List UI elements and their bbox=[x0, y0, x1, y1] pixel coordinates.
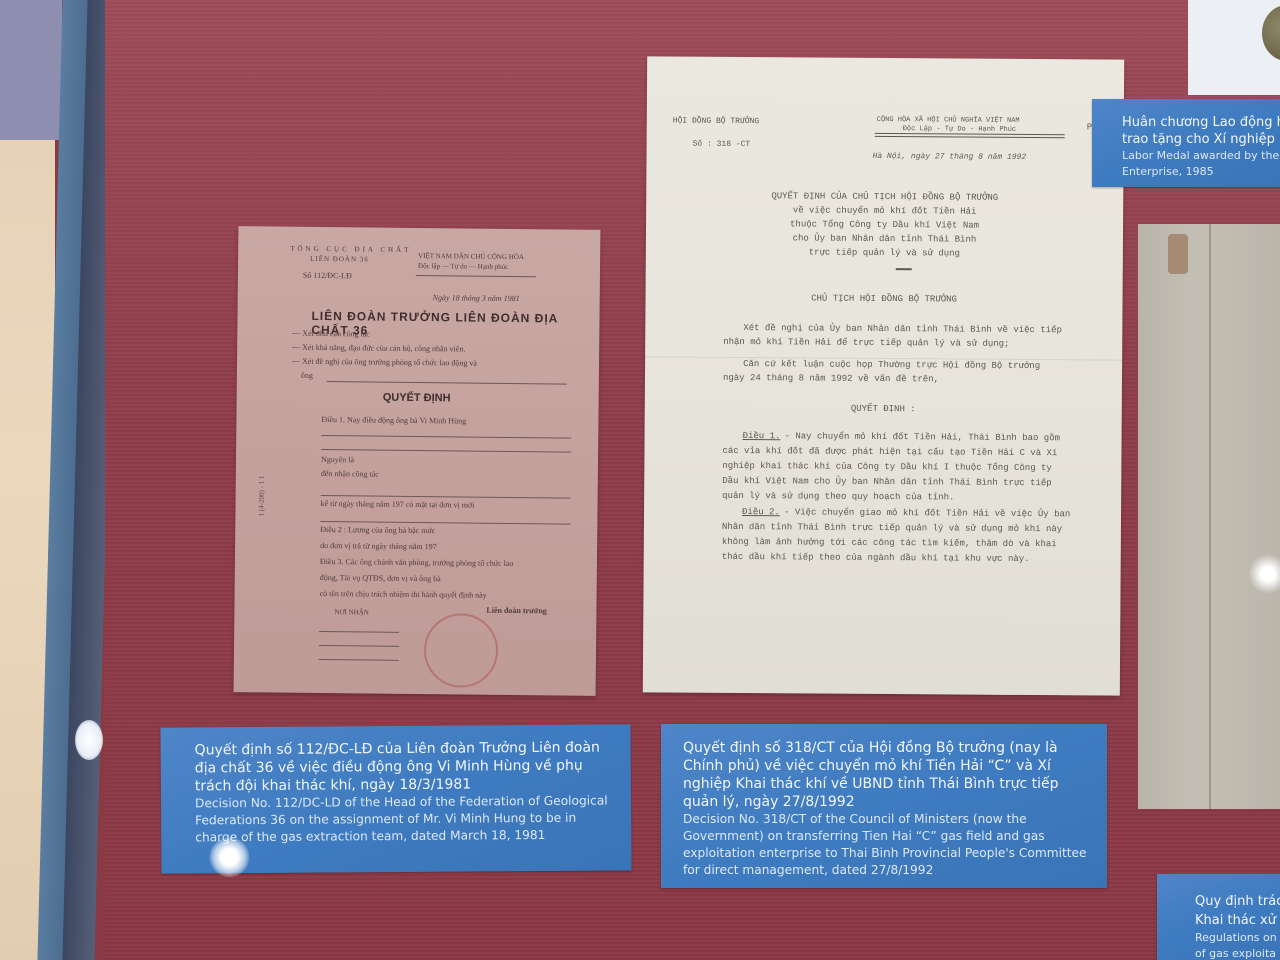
doc1-bullet: — Xét đề nghị của ông trưởng phòng tổ ch… bbox=[292, 357, 477, 368]
doc2-article1: - Nay chuyển mỏ khí đốt Tiền Hải, Thái B… bbox=[785, 431, 1061, 443]
doc1-signer-title: Liên đoàn trưởng bbox=[486, 606, 546, 616]
placard-vietnamese-text: Quy định trác bbox=[1195, 892, 1280, 911]
placard-english-text: Enterprise, 1985 bbox=[1122, 164, 1280, 180]
red-seal-stamp bbox=[424, 613, 499, 688]
doc2-consideration: Xét đề nghị của Ủy ban Nhân dân tỉnh Thá… bbox=[743, 323, 1062, 335]
doc2-title: thuộc Tổng Công ty Dầu khí Việt Nam bbox=[790, 219, 979, 230]
doc1-bullet: ông bbox=[301, 371, 313, 380]
doc1-bullet: — Xét khả năng, đạo đức của cán bộ, công… bbox=[292, 343, 465, 354]
placard-labor-medal: Huân chương Lao động ha trao tặng cho Xí… bbox=[1092, 99, 1280, 187]
wall-background bbox=[0, 0, 62, 140]
doc2-article2-label: Điều 2. bbox=[742, 507, 780, 517]
placard-vietnamese-text: Quyết định số 112/ĐC-LĐ của Liên đoàn Tr… bbox=[195, 738, 617, 795]
doc1-line: đến nhận công tác bbox=[321, 469, 379, 479]
divider bbox=[319, 645, 399, 647]
doc1-date: Ngày 18 tháng 3 năm 1981 bbox=[433, 293, 520, 303]
doc2-article1-label: Điều 1. bbox=[743, 431, 781, 441]
doc1-header-left: TỔNG CỤC ĐỊA CHẤT bbox=[290, 245, 411, 254]
doc2-article1: quản lý và sử dụng theo quy hoạch của tỉ… bbox=[722, 491, 954, 503]
doc1-decision-heading: QUYẾT ĐỊNH bbox=[383, 392, 451, 405]
doc2-title: cho Ủy ban Nhân dân tỉnh Thái Bình bbox=[793, 233, 977, 244]
doc1-recipients: NƠI NHẬN bbox=[334, 608, 369, 616]
light-glare bbox=[209, 837, 249, 877]
doc2-consideration: Căn cứ kết luận cuộc họp Thường trực Hội… bbox=[743, 359, 1040, 371]
placard-english-text: Decision No. 318/CT of the Council of Mi… bbox=[683, 811, 1095, 879]
doc1-header-right: VIỆT NAM DÂN CHỦ CỘNG HÒA bbox=[418, 252, 524, 261]
divider bbox=[319, 659, 399, 661]
placard-vietnamese-text: Quyết định số 318/CT của Hội đồng Bộ trư… bbox=[683, 739, 1095, 811]
placard-vietnamese-text: Huân chương Lao động ha bbox=[1122, 114, 1280, 131]
divider bbox=[896, 268, 912, 270]
divider bbox=[416, 275, 536, 277]
doc2-title: QUYẾT ĐỊNH CỦA CHỦ TỊCH HỘI ĐỒNG BỘ TRƯỞ… bbox=[771, 191, 998, 203]
document-decision-112: TỔNG CỤC ĐỊA CHẤT LIÊN ĐOÀN 36 Số 112/ĐC… bbox=[234, 226, 601, 696]
divider bbox=[321, 435, 571, 439]
doc2-number: Số : 318 -CT bbox=[693, 140, 751, 149]
placard-english-text: Decision No. 112/DC-LD of the Head of th… bbox=[195, 792, 617, 846]
doc1-side-code: 1 (4-200) - 1 1 bbox=[257, 476, 265, 517]
light-glare bbox=[75, 720, 103, 760]
doc2-article2: không làm ảnh hưởng tới các công tác tìm… bbox=[722, 537, 1057, 549]
doc2-title: về việc chuyển mỏ khí đốt Tiền Hải bbox=[793, 205, 977, 216]
doc2-authority: CHỦ TỊCH HỘI ĐỒNG BỘ TRƯỞNG bbox=[811, 293, 957, 304]
doc1-bullet: — Xét nhu cầu công tác bbox=[292, 329, 370, 339]
placard-vietnamese-text: trao tặng cho Xí nghiệp Kh bbox=[1122, 131, 1280, 148]
divider bbox=[321, 449, 571, 453]
placard-vietnamese-text: Khai thác xử l bbox=[1195, 911, 1280, 930]
doc2-consideration: ngày 24 tháng 8 năm 1992 về vấn đề trên, bbox=[723, 373, 939, 385]
doc1-line: Điều 1. Nay điều động ông bà Vi Minh Hùn… bbox=[321, 415, 466, 426]
placard-regulations: Quy định trác Khai thác xử l Regulations… bbox=[1157, 874, 1280, 960]
doc1-line: do đơn vị trả từ ngày tháng năm 197 bbox=[320, 541, 437, 551]
doc1-line: Điều 2 : Lương của ông bà bậc mức bbox=[320, 525, 435, 535]
doc2-title: trực tiếp quản lý và sử dụng bbox=[809, 247, 960, 258]
doc2-article1: các vỉa khí đốt đã được phát hiện tại cấ… bbox=[722, 446, 1057, 458]
document-regulations bbox=[1138, 224, 1280, 809]
doc2-article2: - Việc chuyển giao mỏ khí đốt Tiền Hải v… bbox=[784, 507, 1070, 519]
placard-english-text: Regulations on bbox=[1195, 930, 1280, 946]
doc2-date: Hà Nội, ngày 27 tháng 8 năm 1992 bbox=[873, 152, 1027, 162]
doc2-header-right: CỘNG HÒA XÃ HỘI CHỦ NGHĨA VIỆT NAM bbox=[877, 116, 1020, 125]
doc2-article2: thác dầu khí tiếp theo của ngành dầu khí… bbox=[722, 552, 1030, 564]
doc1-line: Điều 3. Các ông chánh văn phòng, trưởng … bbox=[320, 557, 514, 568]
stain bbox=[1168, 234, 1188, 274]
doc2-article2: Nhân dân tỉnh Thái Bình trực tiếp quản l… bbox=[722, 522, 1062, 534]
doc1-line: Nguyên là bbox=[321, 455, 354, 464]
doc2-header-left: HỘI ĐỒNG BỘ TRƯỞNG bbox=[673, 117, 759, 127]
doc1-line: động, Tài vụ QTĐS, đơn vị và ông bà bbox=[320, 573, 441, 583]
paper-fold bbox=[1209, 224, 1211, 809]
doc1-line: có tên trên chịu trách nhiệm thi hành qu… bbox=[320, 589, 487, 600]
doc1-number: Số 112/ĐC-LĐ bbox=[303, 271, 352, 281]
divider bbox=[327, 381, 567, 385]
light-glare bbox=[1248, 554, 1280, 594]
divider bbox=[875, 133, 1065, 138]
divider bbox=[320, 521, 570, 525]
doc2-decision-heading: QUYẾT ĐỊNH : bbox=[851, 404, 916, 414]
placard-decision-318: Quyết định số 318/CT của Hội đồng Bộ trư… bbox=[661, 724, 1107, 888]
placard-english-text: Labor Medal awarded by the bbox=[1122, 148, 1280, 164]
placard-english-text: of gas exploita bbox=[1195, 946, 1280, 960]
divider bbox=[321, 495, 571, 499]
doc1-line: kể từ ngày tháng năm 197 có mặt tại đơn … bbox=[321, 499, 475, 510]
doc2-article1: Dầu khí Việt Nam cho Ủy ban Nhân dân tỉn… bbox=[722, 476, 1052, 488]
placard-decision-112: Quyết định số 112/ĐC-LĐ của Liên đoàn Tr… bbox=[160, 724, 631, 873]
doc2-consideration: nhận mỏ khí Tiền Hải để trực tiếp quản l… bbox=[723, 337, 1009, 349]
doc1-header-left-2: LIÊN ĐOÀN 36 bbox=[310, 255, 369, 264]
document-decision-318: HỘI ĐỒNG BỘ TRƯỞNG Số : 318 -CT CỘNG HÒA… bbox=[643, 56, 1124, 695]
divider bbox=[319, 631, 399, 633]
doc2-article1: nghiệp khai thác khí của Công ty Dầu khí… bbox=[722, 461, 1052, 473]
doc1-motto: Độc lập — Tự do — Hạnh phúc bbox=[418, 262, 508, 271]
